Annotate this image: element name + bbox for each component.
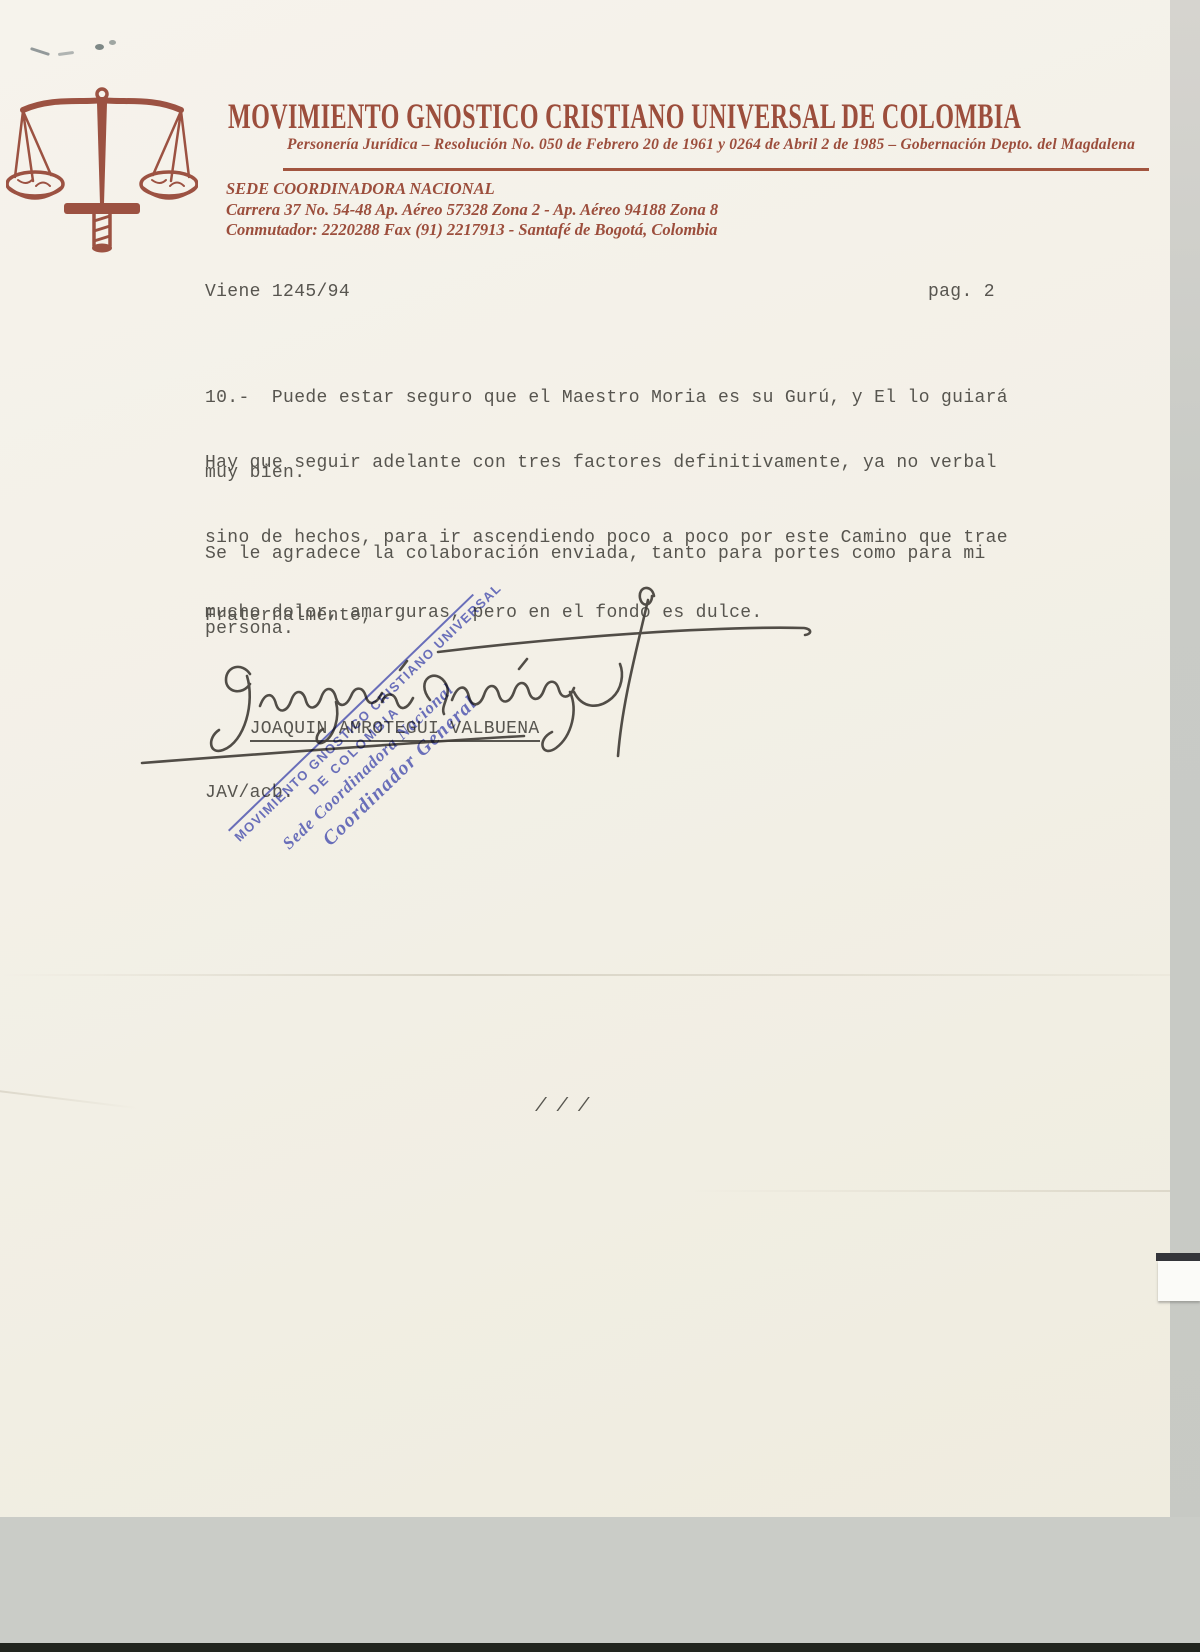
closing-line: Fraternalmente, [205,604,372,629]
office-address-block: SEDE COORDINADORA NACIONAL Carrera 37 No… [226,179,718,241]
reference-line: Viene 1245/94 [205,280,350,305]
legal-registration-line: Personería Jurídica – Resolución No. 050… [287,136,1135,154]
end-of-text-mark: /// [535,1094,599,1119]
office-address-line: Carrera 37 No. 54-48 Ap. Aéreo 57328 Zon… [226,200,718,221]
pencil-mark [95,44,104,50]
paper-fragment-shadow [1156,1253,1200,1261]
pencil-mark [109,40,116,45]
letterhead-divider [283,168,1149,171]
office-title: SEDE COORDINADORA NACIONAL [226,179,718,200]
typewritten-line: Se le agradece la colaboración enviada, … [205,542,986,567]
typewritten-line: Hay que seguir adelante con tres factore… [205,451,1008,476]
letter-paragraph: Se le agradece la colaboración enviada, … [205,492,986,692]
scanner-background-right [1170,0,1200,1652]
scanned-letter: MOVIMIENTO GNOSTICO CRISTIANO UNIVERSAL … [0,0,1200,1652]
scan-edge-strip [0,1643,1200,1652]
org-title: MOVIMIENTO GNOSTICO CRISTIANO UNIVERSAL … [228,95,1021,137]
scales-of-justice-logo-icon [6,84,198,256]
scanner-background-bottom [0,1517,1200,1643]
page-number: pag. 2 [928,280,995,305]
paper-fragment [1158,1261,1200,1301]
office-address-line: Conmutador: 2220288 Fax (91) 2217913 - S… [226,220,718,241]
